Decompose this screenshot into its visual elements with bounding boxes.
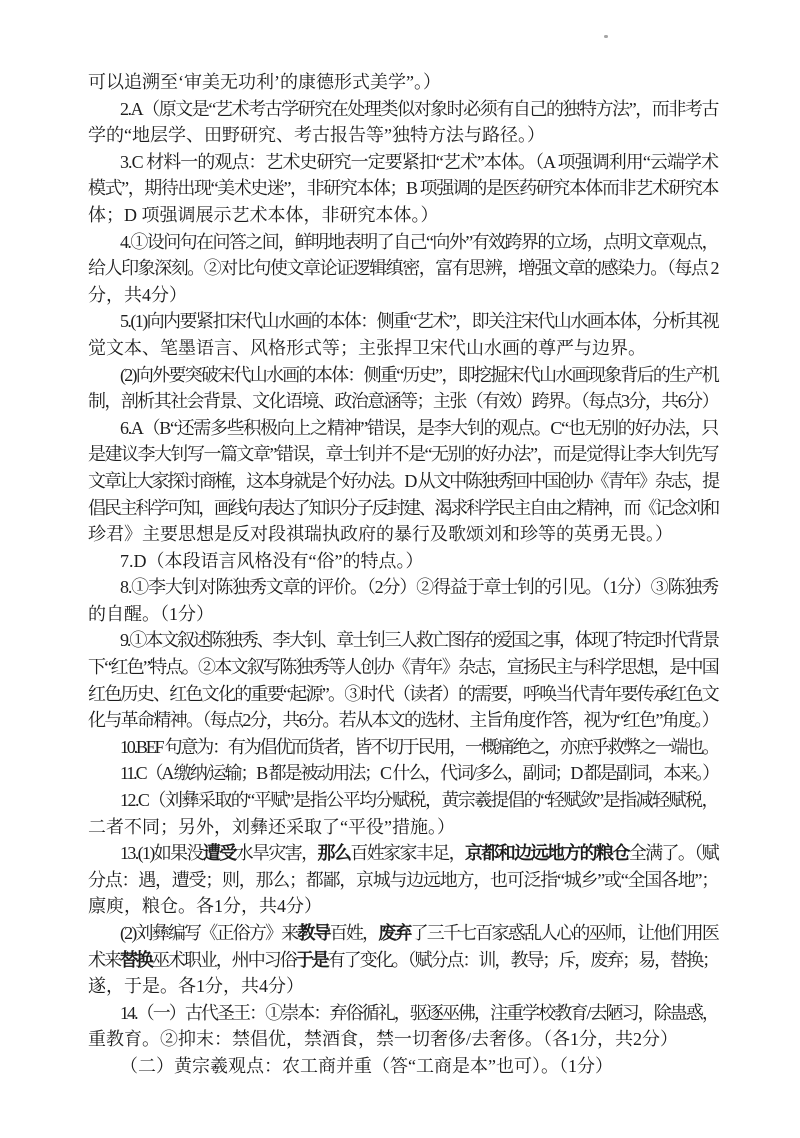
document-line-9: 分，共4分） (88, 282, 718, 309)
bold-run: 教导 (297, 923, 329, 943)
text-run: 百姓， (330, 923, 379, 943)
text-run: 7.D（本段语言风格没有“俗”的特点。） (120, 551, 423, 571)
line-text: 体；D 项强调展示艺术本体，非研究本体。） (88, 202, 439, 229)
text-run: 可以追溯至‘审美无功利’的康德形式美学”。） (88, 72, 441, 92)
text-run: 10.BEF 句意为：有为倡优而货者，皆不切于民用，一概痛绝之，亦庶乎救弊之一端… (120, 737, 718, 757)
line-text: 模式”，期待出现“美术史迷”，非研究本体；B 项强调的是医药研究本体而非艺术研究… (88, 175, 718, 202)
document-line-18: 珍君》主要思想是反对段祺瑞执政府的暴行及歌颂刘和珍等的英勇无畏。） (88, 521, 718, 548)
line-text: 可以追溯至‘审美无功利’的康德形式美学”。） (88, 69, 441, 96)
text-run: 文章让大家探讨商榷，这本身就是个好办法。D 从文中陈独秀回中国创办《青年》杂志，… (88, 471, 718, 491)
document-line-2: 2.A（原文是“艺术考古学研究在处理类似对象时必须有自己的独特方法”，而非考古 (88, 96, 718, 123)
line-text: 4.①设问句在问答之间，鲜明地表明了自己“向外”有效跨界的立场，点明文章观点， (120, 229, 718, 256)
document-line-5: 模式”，期待出现“美术史迷”，非研究本体；B 项强调的是医药研究本体而非艺术研究… (88, 175, 718, 202)
line-text: 13.(1)如果没遭受水旱灾害，那么百姓家家丰足，京都和边远地方的粮仓全满了。（… (120, 840, 718, 867)
text-run: 体；D 项强调展示艺术本体，非研究本体。） (88, 205, 439, 225)
text-run: 学的“地层学、田野研究、考古报告等”独特方法与路径。） (88, 125, 545, 145)
document-line-19: 7.D（本段语言风格没有“俗”的特点。） (88, 548, 718, 575)
text-run: 11.C（A 缴纳/运输；B 都是被动用法；C 什么，代词/多么，副词；D 都是… (120, 763, 718, 783)
document-line-23: 下“红色”特点。②本文叙写陈独秀等人创办《青年》杂志，宣扬民主与科学思想，是中国 (88, 654, 718, 681)
line-text: 廪庾，粮仓。各1分，共4分） (88, 893, 322, 920)
text-run: 二者不同；另外，刘彝还采取了“平役”措施。） (88, 817, 455, 837)
text-run: 模式”，期待出现“美术史迷”，非研究本体；B 项强调的是医药研究本体而非艺术研究… (88, 178, 718, 198)
line-text: 二者不同；另外，刘彝还采取了“平役”措施。） (88, 814, 455, 841)
scanned-answer-page: { "colors": { "ink": "#1d1d1d", "backgro… (0, 0, 800, 1138)
document-line-32: 廪庾，粮仓。各1分，共4分） (88, 893, 718, 920)
scan-speck-artifact (604, 35, 608, 38)
bold-run: 遭受 (203, 843, 236, 863)
line-text: (2)刘彝编写《正俗方》来教导百姓，废弃了三千七百家惑乱人心的巫师，让他们用医 (120, 920, 718, 947)
text-run: 珍君》主要思想是反对段祺瑞执政府的暴行及歌颂刘和珍等的英勇无畏。） (88, 524, 673, 544)
text-run: (2)向外要突破宋代山水画的本体：侧重“历史”，即挖掘宋代山水画现象背后的生产机 (120, 365, 718, 385)
text-run: 术来 (88, 950, 120, 970)
text-run: 觉文本、笔墨语言、风格形式等；主张捍卫宋代山水画的尊严与边界。 (88, 338, 646, 358)
text-run: 遂，于是。各1分，共4分） (88, 976, 304, 996)
document-line-35: 遂，于是。各1分，共4分） (88, 973, 718, 1000)
text-run: (2)刘彝编写《正俗方》来 (120, 923, 297, 943)
text-run: 制，剖析其社会背景、文化语境、政治意涵等；主张（有效）跨界。（每点3分，共6分） (88, 391, 718, 411)
document-line-36: 14.（一）古代圣王：①崇本：弃俗循礼，驱逐巫佛，注重学校教育/去陋习，除蛊惑， (88, 1000, 718, 1027)
line-text: 分点：遇，遭受；则，那么；都鄙，京城与边远地方，也可泛指“城乡”或“全国各地”； (88, 867, 718, 894)
document-line-33: (2)刘彝编写《正俗方》来教导百姓，废弃了三千七百家惑乱人心的巫师，让他们用医 (88, 920, 718, 947)
document-line-14: 6.A（B“还需多些积极向上之精神”错误，是李大钊的观点。C“也无别的好办法，只 (88, 415, 718, 442)
bold-run: 京都和边远地方的粮仓 (465, 843, 629, 863)
text-run: 重教育。②抑末：禁倡优，禁酒食，禁一切奢侈/去奢侈。（各1分，共2分） (88, 1029, 678, 1049)
text-run: 12.C（刘彝采取的“平赋”是指公平均分赋税，黄宗羲提倡的“轻赋敛”是指减轻赋税… (120, 790, 718, 810)
line-text: 化与革命精神。（每点2分，共6分。若从本文的选材、主旨角度作答，视为“红色”角度… (88, 707, 718, 734)
line-text: 文章让大家探讨商榷，这本身就是个好办法。D 从文中陈独秀回中国创办《青年》杂志，… (88, 468, 718, 495)
line-text: 红色历史、红色文化的重要“起源”。③时代（读者）的需要，呼唤当代青年要传承红色文 (88, 681, 718, 708)
bold-run: 废弃 (378, 923, 410, 943)
line-text: 8.①李大钊对陈独秀文章的评价。（2分）②得益于章士钊的引见。（1分）③陈独秀 (120, 574, 718, 601)
text-run: 廪庾，粮仓。各1分，共4分） (88, 896, 322, 916)
answer-key-document: 可以追溯至‘审美无功利’的康德形式美学”。）2.A（原文是“艺术考古学研究在处理… (88, 69, 718, 1080)
text-run: 8.①李大钊对陈独秀文章的评价。（2分）②得益于章士钊的引见。（1分）③陈独秀 (120, 577, 718, 597)
text-run: 5.(1)向内要紧扣宋代山水画的本体：侧重“艺术”，即关注宋代山水画本体，分析其… (120, 311, 718, 331)
line-text: 12.C（刘彝采取的“平赋”是指公平均分赋税，黄宗羲提倡的“轻赋敛”是指减轻赋税… (120, 787, 718, 814)
text-run: 倡民主科学可知，画线句表达了知识分子反封建、渴求科学民主自由之精神，而《记念刘和 (88, 498, 718, 518)
text-run: 下“红色”特点。②本文叙写陈独秀等人创办《青年》杂志，宣扬民主与科学思想，是中国 (88, 657, 718, 677)
document-line-13: 制，剖析其社会背景、文化语境、政治意涵等；主张（有效）跨界。（每点3分，共6分） (88, 388, 718, 415)
line-text: 7.D（本段语言风格没有“俗”的特点。） (120, 548, 423, 575)
text-run: 百姓家家丰足， (350, 843, 465, 863)
line-text: 遂，于是。各1分，共4分） (88, 973, 304, 1000)
document-line-37: 重教育。②抑末：禁倡优，禁酒食，禁一切奢侈/去奢侈。（各1分，共2分） (88, 1026, 718, 1053)
line-text: 14.（一）古代圣王：①崇本：弃俗循礼，驱逐巫佛，注重学校教育/去陋习，除蛊惑， (120, 1000, 718, 1027)
document-line-24: 红色历史、红色文化的重要“起源”。③时代（读者）的需要，呼唤当代青年要传承红色文 (88, 681, 718, 708)
line-text: 重教育。②抑末：禁倡优，禁酒食，禁一切奢侈/去奢侈。（各1分，共2分） (88, 1026, 678, 1053)
document-line-22: 9.①本文叙述陈独秀、李大钊、章士钊三人救亡图存的爱国之事，体现了特定时代背景 (88, 627, 718, 654)
line-text: 下“红色”特点。②本文叙写陈独秀等人创办《青年》杂志，宣扬民主与科学思想，是中国 (88, 654, 718, 681)
document-line-28: 12.C（刘彝采取的“平赋”是指公平均分赋税，黄宗羲提倡的“轻赋敛”是指减轻赋税… (88, 787, 718, 814)
bold-run: 于是 (296, 950, 328, 970)
line-text: 11.C（A 缴纳/运输；B 都是被动用法；C 什么，代词/多么，副词；D 都是… (120, 760, 718, 787)
document-line-7: 4.①设问句在问答之间，鲜明地表明了自己“向外”有效跨界的立场，点明文章观点， (88, 229, 718, 256)
text-run: 的自醒。（1分） (88, 604, 214, 624)
line-text: 术来替换巫术职业，州中习俗于是有了变化。（赋分点：训，教导；斥，废弃；易，替换； (88, 947, 718, 974)
document-line-27: 11.C（A 缴纳/运输；B 都是被动用法；C 什么，代词/多么，副词；D 都是… (88, 760, 718, 787)
text-run: 4.①设问句在问答之间，鲜明地表明了自己“向外”有效跨界的立场，点明文章观点， (120, 232, 718, 252)
line-text: 给人印象深刻。②对比句使文章论证逻辑缜密，富有思辨，增强文章的感染力。（每点 2 (88, 255, 718, 282)
document-line-1: 可以追溯至‘审美无功利’的康德形式美学”。） (88, 69, 718, 96)
text-run: 分，共4分） (88, 285, 187, 305)
document-line-11: 觉文本、笔墨语言、风格形式等；主张捍卫宋代山水画的尊严与边界。 (88, 335, 718, 362)
text-run: 巫术职业，州中习俗 (152, 950, 296, 970)
line-text: 3.C 材料一的观点：艺术史研究一定要紧扣“艺术”本体。（A 项强调利用“云端学… (120, 149, 718, 176)
line-text: 9.①本文叙述陈独秀、李大钊、章士钊三人救亡图存的爱国之事，体现了特定时代背景 (120, 627, 718, 654)
document-line-8: 给人印象深刻。②对比句使文章论证逻辑缜密，富有思辨，增强文章的感染力。（每点 2 (88, 255, 718, 282)
text-run: （二）黄宗羲观点：农工商并重（答“工商是本”也可）。（1分） (120, 1056, 613, 1076)
document-line-29: 二者不同；另外，刘彝还采取了“平役”措施。） (88, 814, 718, 841)
text-run: 全满了。（赋 (629, 843, 718, 863)
document-line-20: 8.①李大钊对陈独秀文章的评价。（2分）②得益于章士钊的引见。（1分）③陈独秀 (88, 574, 718, 601)
line-text: 5.(1)向内要紧扣宋代山水画的本体：侧重“艺术”，即关注宋代山水画本体，分析其… (120, 308, 718, 335)
bold-run: 替换 (120, 950, 152, 970)
document-line-21: 的自醒。（1分） (88, 601, 718, 628)
document-line-12: (2)向外要突破宋代山水画的本体：侧重“历史”，即挖掘宋代山水画现象背后的生产机 (88, 362, 718, 389)
line-text: （二）黄宗羲观点：农工商并重（答“工商是本”也可）。（1分） (120, 1053, 613, 1080)
line-text: 2.A（原文是“艺术考古学研究在处理类似对象时必须有自己的独特方法”，而非考古 (120, 96, 718, 123)
text-run: 3.C 材料一的观点：艺术史研究一定要紧扣“艺术”本体。（A 项强调利用“云端学… (120, 152, 718, 172)
document-line-26: 10.BEF 句意为：有为倡优而货者，皆不切于民用，一概痛绝之，亦庶乎救弊之一端… (88, 734, 718, 761)
text-run: 给人印象深刻。②对比句使文章论证逻辑缜密，富有思辨，增强文章的感染力。（每点 2 (88, 258, 718, 278)
text-run: 有了变化。（赋分点：训，教导；斥，废弃；易，替换； (328, 950, 718, 970)
line-text: 倡民主科学可知，画线句表达了知识分子反封建、渴求科学民主自由之精神，而《记念刘和 (88, 495, 718, 522)
document-line-3: 学的“地层学、田野研究、考古报告等”独特方法与路径。） (88, 122, 718, 149)
document-line-15: 是建议李大钊写一篇文章”错误，章士钊并不是“无别的好办法”，而是觉得让李大钊先写 (88, 441, 718, 468)
line-text: 6.A（B“还需多些积极向上之精神”错误，是李大钊的观点。C“也无别的好办法，只 (120, 415, 718, 442)
document-line-16: 文章让大家探讨商榷，这本身就是个好办法。D 从文中陈独秀回中国创办《青年》杂志，… (88, 468, 718, 495)
document-line-6: 体；D 项强调展示艺术本体，非研究本体。） (88, 202, 718, 229)
document-line-10: 5.(1)向内要紧扣宋代山水画的本体：侧重“艺术”，即关注宋代山水画本体，分析其… (88, 308, 718, 335)
text-run: 水旱灾害， (236, 843, 318, 863)
document-line-17: 倡民主科学可知，画线句表达了知识分子反封建、渴求科学民主自由之精神，而《记念刘和 (88, 495, 718, 522)
line-text: 的自醒。（1分） (88, 601, 214, 628)
line-text: 分，共4分） (88, 282, 187, 309)
line-text: 制，剖析其社会背景、文化语境、政治意涵等；主张（有效）跨界。（每点3分，共6分） (88, 388, 718, 415)
text-run: 化与革命精神。（每点2分，共6分。若从本文的选材、主旨角度作答，视为“红色”角度… (88, 710, 718, 730)
document-line-34: 术来替换巫术职业，州中习俗于是有了变化。（赋分点：训，教导；斥，废弃；易，替换； (88, 947, 718, 974)
line-text: 学的“地层学、田野研究、考古报告等”独特方法与路径。） (88, 122, 545, 149)
text-run: 2.A（原文是“艺术考古学研究在处理类似对象时必须有自己的独特方法”，而非考古 (120, 99, 718, 119)
text-run: 了三千七百家惑乱人心的巫师，让他们用医 (411, 923, 718, 943)
text-run: 9.①本文叙述陈独秀、李大钊、章士钊三人救亡图存的爱国之事，体现了特定时代背景 (120, 630, 718, 650)
text-run: 14.（一）古代圣王：①崇本：弃俗循礼，驱逐巫佛，注重学校教育/去陋习，除蛊惑， (120, 1003, 718, 1023)
line-text: 是建议李大钊写一篇文章”错误，章士钊并不是“无别的好办法”，而是觉得让李大钊先写 (88, 441, 718, 468)
text-run: 分点：遇，遭受；则，那么；都鄙，京城与边远地方，也可泛指“城乡”或“全国各地”； (88, 870, 718, 890)
line-text: 10.BEF 句意为：有为倡优而货者，皆不切于民用，一概痛绝之，亦庶乎救弊之一端… (120, 734, 718, 761)
line-text: (2)向外要突破宋代山水画的本体：侧重“历史”，即挖掘宋代山水画现象背后的生产机 (120, 362, 718, 389)
document-line-4: 3.C 材料一的观点：艺术史研究一定要紧扣“艺术”本体。（A 项强调利用“云端学… (88, 149, 718, 176)
bold-run: 那么 (318, 843, 351, 863)
line-text: 觉文本、笔墨语言、风格形式等；主张捍卫宋代山水画的尊严与边界。 (88, 335, 646, 362)
text-run: 13.(1)如果没 (120, 843, 203, 863)
document-line-25: 化与革命精神。（每点2分，共6分。若从本文的选材、主旨角度作答，视为“红色”角度… (88, 707, 718, 734)
text-run: 是建议李大钊写一篇文章”错误，章士钊并不是“无别的好办法”，而是觉得让李大钊先写 (88, 444, 718, 464)
text-run: 红色历史、红色文化的重要“起源”。③时代（读者）的需要，呼唤当代青年要传承红色文 (88, 684, 718, 704)
text-run: 6.A（B“还需多些积极向上之精神”错误，是李大钊的观点。C“也无别的好办法，只 (120, 418, 718, 438)
line-text: 珍君》主要思想是反对段祺瑞执政府的暴行及歌颂刘和珍等的英勇无畏。） (88, 521, 673, 548)
document-line-38: （二）黄宗羲观点：农工商并重（答“工商是本”也可）。（1分） (88, 1053, 718, 1080)
document-line-30: 13.(1)如果没遭受水旱灾害，那么百姓家家丰足，京都和边远地方的粮仓全满了。（… (88, 840, 718, 867)
document-line-31: 分点：遇，遭受；则，那么；都鄙，京城与边远地方，也可泛指“城乡”或“全国各地”； (88, 867, 718, 894)
